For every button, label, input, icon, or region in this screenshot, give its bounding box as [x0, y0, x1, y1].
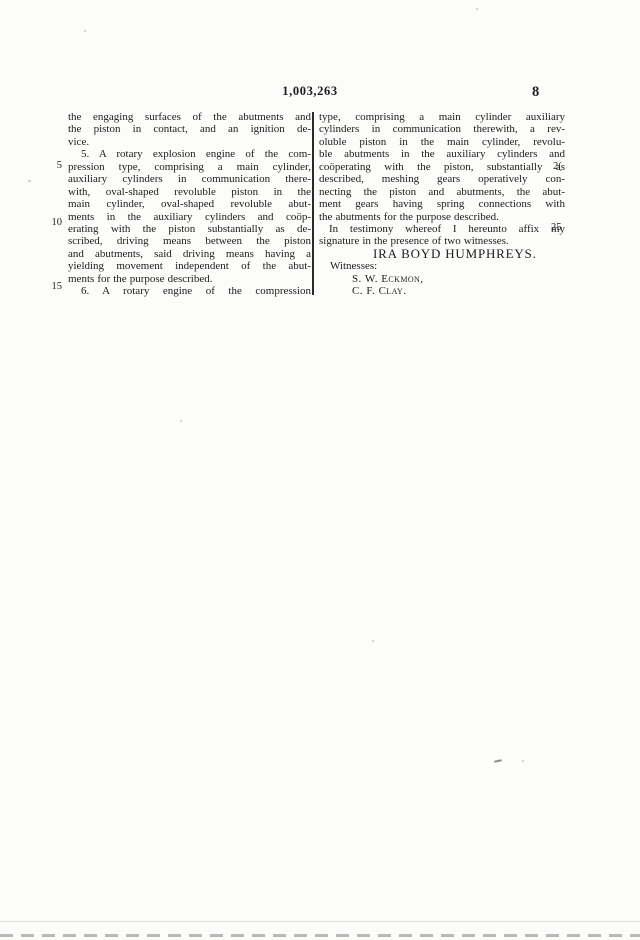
witness-name: S. W. Eckmon,: [319, 273, 565, 285]
scan-speck: [180, 420, 182, 422]
text-line: vice.: [68, 136, 311, 148]
text-line: erating with the piston substantially as…: [68, 223, 311, 235]
inventor-signature: IRA BOYD HUMPHREYS.: [319, 248, 565, 260]
text-line: coöperating with the piston, substantial…: [319, 161, 565, 173]
text-line: auxiliary cylinders in communication the…: [68, 173, 311, 185]
text-line: ments for the purpose described.: [68, 273, 311, 285]
text-line: oluble piston in the main cylinder, revo…: [319, 136, 565, 148]
text-line: necting the piston and abutments, the ab…: [319, 186, 565, 198]
text-line: and abutments, said driving means having…: [68, 248, 311, 260]
scan-artifact-line: [0, 921, 640, 922]
margin-line-number: 5: [40, 160, 62, 172]
scan-speck: [476, 8, 478, 10]
text-line: In testimony whereof I hereunto affix my: [319, 223, 565, 235]
left-column: the engaging surfaces of the abutments a…: [68, 111, 311, 298]
patent-number: 1,003,263: [250, 84, 370, 99]
text-line: the abutments for the purpose described.: [319, 211, 565, 223]
text-line: 5. A rotary explosion engine of the com-: [68, 148, 311, 160]
scan-speck: [84, 30, 86, 32]
text-line: 6. A rotary engine of the compression: [68, 285, 311, 297]
margin-line-number: 15: [40, 281, 62, 293]
text-line: the piston in contact, and an ignition d…: [68, 123, 311, 135]
scan-speck: [372, 640, 374, 642]
text-line: ments in the auxiliary cylinders and coö…: [68, 211, 311, 223]
text-line: yielding movement independent of the abu…: [68, 260, 311, 272]
text-line: ble abutments in the auxiliary cylinders…: [319, 148, 565, 160]
text-line: ment gears having spring connections wit…: [319, 198, 565, 210]
scan-mark: [494, 759, 502, 763]
right-column: type, comprising a main cylinder auxilia…: [319, 111, 565, 298]
margin-line-number: 2(: [553, 161, 571, 173]
text-line: pression type, comprising a main cylinde…: [68, 161, 311, 173]
text-line: described, meshing gears operatively con…: [319, 173, 565, 185]
text-line: scribed, driving means between the pisto…: [68, 235, 311, 247]
text-line: type, comprising a main cylinder auxilia…: [319, 111, 565, 123]
page-number: 8: [532, 84, 552, 101]
margin-line-number: 25: [551, 222, 569, 234]
scan-speck: [28, 180, 31, 182]
scan-artifact-dashes: [0, 934, 640, 937]
margin-line-number: 10: [40, 217, 62, 229]
text-line: main cylinder, oval-shaped revoluble abu…: [68, 198, 311, 210]
text-line: cylinders in communication therewith, a …: [319, 123, 565, 135]
witness-name: C. F. Clay.: [319, 285, 565, 297]
text-line: with, oval-shaped revoluble piston in th…: [68, 186, 311, 198]
witnesses-label: Witnesses:: [319, 260, 565, 272]
text-line: the engaging surfaces of the abutments a…: [68, 111, 311, 123]
scan-speck: [522, 760, 524, 762]
patent-page: 1,003,263 8 the engaging surfaces of the…: [0, 0, 640, 940]
column-divider: [312, 112, 314, 295]
